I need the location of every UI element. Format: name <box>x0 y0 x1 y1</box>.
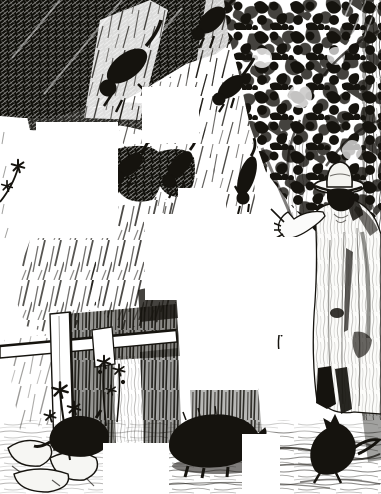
white-mask-block <box>242 434 280 494</box>
white-mask-block <box>188 237 309 335</box>
white-mask-block <box>145 214 190 300</box>
foliage-light-gap <box>252 48 272 68</box>
foliage-light-gap <box>288 84 312 108</box>
man-side-hand <box>330 308 344 318</box>
engraving-canvas <box>0 0 381 494</box>
plant-sprig-c <box>0 160 24 202</box>
white-mask-block <box>142 87 199 143</box>
engraving-scene <box>0 0 381 494</box>
white-mask-block <box>272 349 310 409</box>
white-mask-block <box>103 443 169 494</box>
white-mask-block <box>178 188 226 226</box>
white-mask-block <box>36 122 118 238</box>
